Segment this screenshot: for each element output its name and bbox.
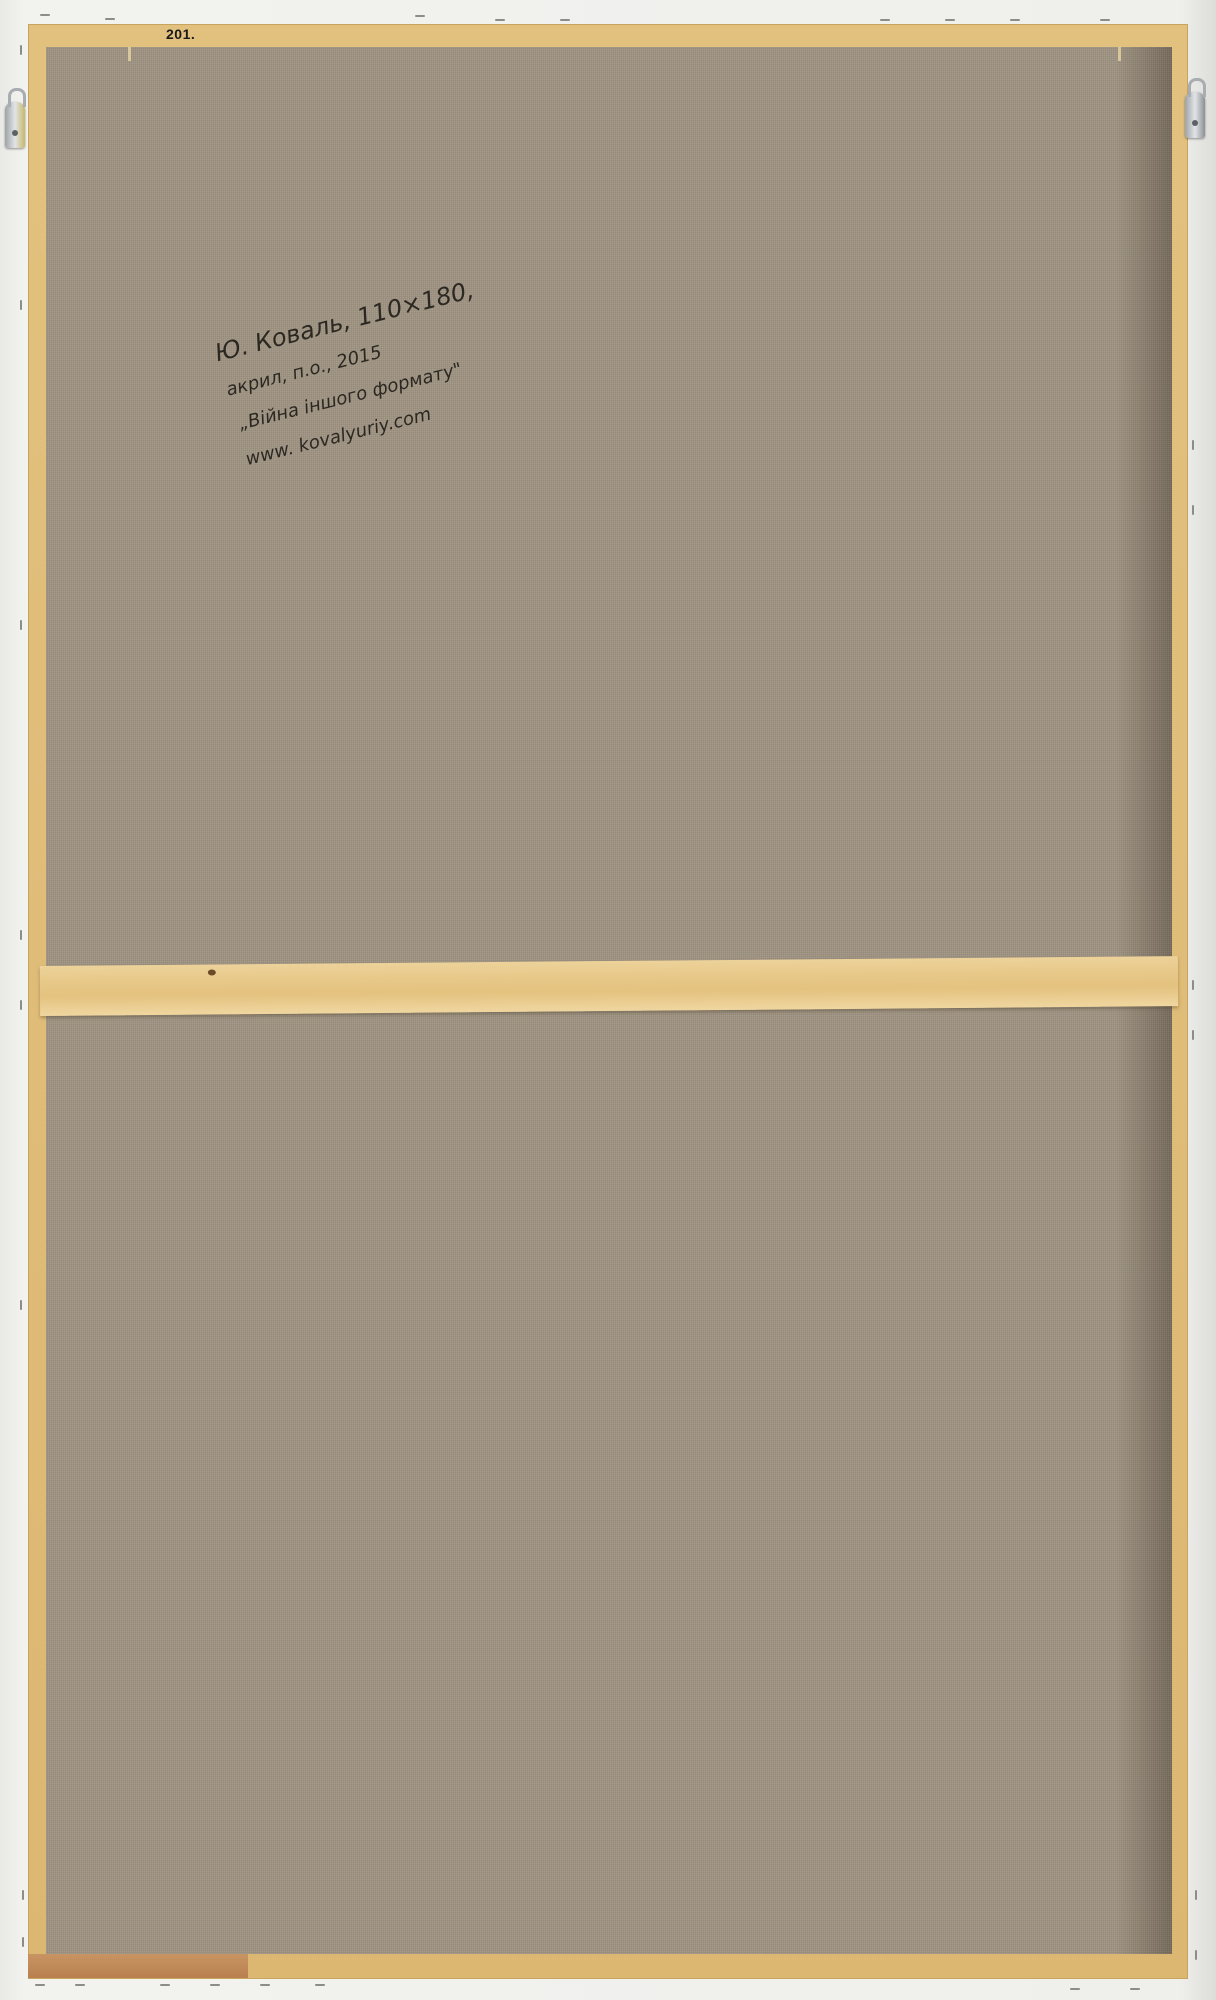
- stretcher-bottom-rail-joint: [28, 1954, 248, 1978]
- staple: [105, 18, 115, 20]
- staple: [35, 1984, 45, 1986]
- staple: [415, 15, 425, 17]
- staple: [20, 1300, 22, 1310]
- tack: [128, 47, 131, 61]
- canvas-back-photo: 201. Ю. Коваль, 110×180, акрил, п.о., 20…: [0, 0, 1216, 2000]
- staple: [260, 1984, 270, 1986]
- stretcher-crossbar: [40, 956, 1178, 1016]
- staple: [22, 1937, 24, 1947]
- staple: [1070, 1988, 1080, 1990]
- staple: [1195, 1950, 1197, 1960]
- staple: [20, 1000, 22, 1010]
- inventory-number: 201.: [166, 26, 195, 42]
- staple: [20, 45, 22, 55]
- wood-knot: [208, 969, 216, 975]
- d-ring-hanger-icon: [5, 102, 25, 148]
- staple: [560, 19, 570, 21]
- tack: [1118, 47, 1121, 61]
- staple: [1192, 440, 1194, 450]
- staple: [22, 1890, 24, 1900]
- staple: [1130, 1988, 1140, 1990]
- d-ring-hanger-icon: [1185, 92, 1205, 138]
- staple: [315, 1984, 325, 1986]
- staple: [1195, 1890, 1197, 1900]
- staple: [20, 300, 22, 310]
- staple: [1192, 1030, 1194, 1040]
- staple: [1192, 980, 1194, 990]
- staple: [20, 620, 22, 630]
- staple: [945, 19, 955, 21]
- staple: [495, 19, 505, 21]
- staple: [1100, 19, 1110, 21]
- staple: [880, 19, 890, 21]
- staple: [160, 1984, 170, 1986]
- staple: [75, 1984, 85, 1986]
- staple: [1010, 19, 1020, 21]
- staple: [20, 930, 22, 940]
- staple: [1192, 505, 1194, 515]
- staple: [210, 1984, 220, 1986]
- staple: [40, 14, 50, 16]
